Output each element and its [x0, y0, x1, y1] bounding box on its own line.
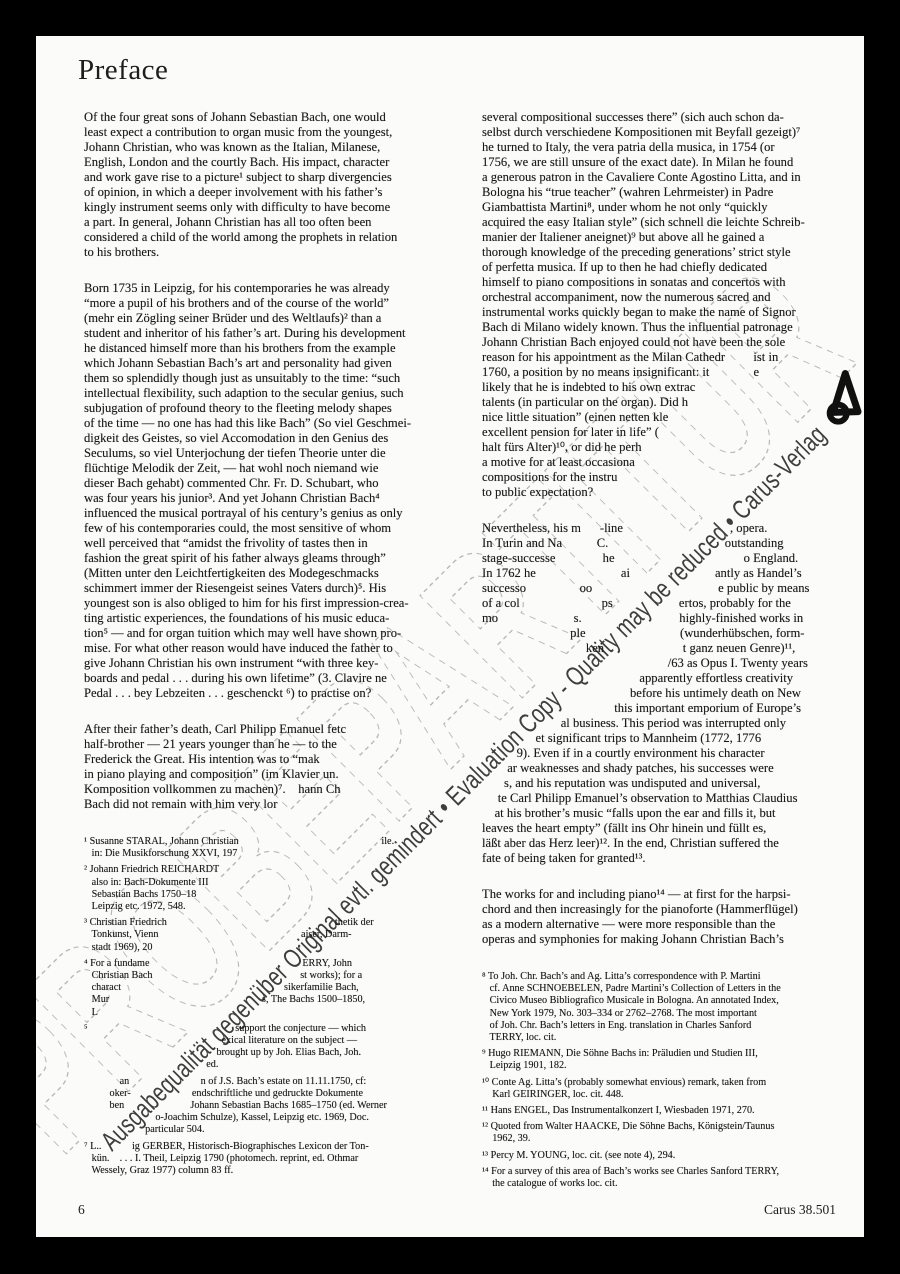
- text-line: to his brothers.: [84, 245, 464, 260]
- text-line: reason for his appointment as the Milan …: [482, 350, 860, 365]
- text-line: Bach did not remain with him very lor: [84, 797, 464, 812]
- text-line: Wessely, Graz 1977) column 83 ff.: [84, 1165, 464, 1177]
- text-line: a generous patron in the Cavaliere Conte…: [482, 170, 860, 185]
- text-line: (mehr ein Zögling seiner Brüder und des …: [84, 311, 464, 326]
- page-title: Preface: [78, 54, 168, 87]
- text-line: halt fürs Alter)¹⁰, or did he perh: [482, 440, 860, 455]
- text-line: Of the four great sons of Johann Sebasti…: [84, 110, 464, 125]
- text-line: likely that he is indebted to his own ex…: [482, 380, 860, 395]
- text-line: of Joh. Chr. Bach’s letters in Eng. tran…: [482, 1020, 860, 1032]
- paragraph: After their father’s death, Carl Philipp…: [84, 722, 464, 812]
- text-line: oker- endschriftliche und gedruckte Doku…: [84, 1088, 464, 1100]
- text-line: Bologna his “true teacher” (wahren Lehrm…: [482, 185, 860, 200]
- text-line: charact sikerfamilie Bach,: [84, 982, 464, 994]
- text-line: he turned to Italy, the vera patria dell…: [482, 140, 860, 155]
- text-line: well perceived that “amidst the frivolit…: [84, 536, 464, 551]
- text-line: ¹² Quoted from Walter HAACKE, Die Söhne …: [482, 1121, 860, 1133]
- footnote-6: an n of J.S. Bach’s estate on 11.11.1750…: [84, 1076, 464, 1137]
- text-line: te Carl Philipp Emanuel’s observation to…: [482, 791, 860, 806]
- text-line: successo oo e public by means: [482, 581, 860, 596]
- text-line: kün. . . . I. Theil, Leipzig 1790 (photo…: [84, 1153, 464, 1165]
- text-line: /63 as Opus I. Twenty years: [482, 656, 860, 671]
- text-line: youngest son is also obliged to him for …: [84, 596, 464, 611]
- text-line: 1962, 39.: [482, 1133, 860, 1145]
- text-line: Pedal . . . bey Lebzeiten . . . geschenc…: [84, 686, 464, 701]
- text-line: flüchtige Melodik der Zeit, — hat wohl n…: [84, 461, 464, 476]
- text-line: ting artistic experiences, the foundatio…: [84, 611, 464, 626]
- text-line: which Johann Sebastian Bach’s art and pe…: [84, 356, 464, 371]
- text-line: After their father’s death, Carl Philipp…: [84, 722, 464, 737]
- footnote-10: ¹⁰ Conte Ag. Litta’s (probably somewhat …: [482, 1077, 860, 1101]
- footnote-8: ⁸ To Joh. Chr. Bach’s and Ag. Litta’s co…: [482, 971, 860, 1044]
- footnote-12: ¹² Quoted from Walter HAACKE, Die Söhne …: [482, 1121, 860, 1145]
- text-line: ¹⁴ For a survey of this area of Bach’s w…: [482, 1166, 860, 1178]
- text-line: excellent pension for later in life” (: [482, 425, 860, 440]
- text-line: ¹¹ Hans ENGEL, Das Instrumentalkonzert I…: [482, 1105, 860, 1117]
- text-line: exical literature on the subject —: [84, 1035, 464, 1047]
- text-line: of a col ps ertos, probably for the: [482, 596, 860, 611]
- text-line: subjugation of profound theory to the fl…: [84, 401, 464, 416]
- text-line: New York 1979, No. 303–334 or 2762–2768.…: [482, 1008, 860, 1020]
- text-line: (Mitten unter den Leichtfertigkeiten des…: [84, 566, 464, 581]
- text-line: Civico Museo Bibliografico Musicale in B…: [482, 995, 860, 1007]
- text-line: Komposition vollkommen zu machen)⁷. hann…: [84, 782, 464, 797]
- text-line: a part. In general, Johann Christian has…: [84, 215, 464, 230]
- footnote-2: ² Johann Friedrich REICHARDT also in: Ba…: [84, 864, 464, 913]
- text-line: ¹⁰ Conte Ag. Litta’s (probably somewhat …: [482, 1077, 860, 1089]
- text-line: student and inheritor of his father’s ar…: [84, 326, 464, 341]
- text-line: al business. This period was interrupted…: [482, 716, 860, 731]
- text-line: s, and his reputation was undisputed and…: [482, 776, 860, 791]
- text-line: compositions for the instru: [482, 470, 860, 485]
- text-line: ed.: [84, 1059, 464, 1071]
- text-line: stage-successe he o England.: [482, 551, 860, 566]
- text-line: Sebastian Bachs 1750–18: [84, 889, 464, 901]
- text-line: Bach di Milano widely known. Thus the in…: [482, 320, 860, 335]
- text-line: Christian Bach st works); for a: [84, 970, 464, 982]
- text-line: half-brother — 21 years younger than he …: [84, 737, 464, 752]
- text-line: ⁴ For a fundame ERRY, John: [84, 958, 464, 970]
- text-line: talents (in particular on the organ). Di…: [482, 395, 860, 410]
- text-line: ⁵ support the conjecture — which: [84, 1023, 464, 1035]
- footnote-14: ¹⁴ For a survey of this area of Bach’s w…: [482, 1166, 860, 1190]
- text-line: acquired the easy Italian style” (sich s…: [482, 215, 860, 230]
- text-line: give Johann Christian his own instrument…: [84, 656, 464, 671]
- text-line: Karl GEIRINGER, loc. cit. 448.: [482, 1089, 860, 1101]
- page-number: 6: [78, 1202, 85, 1218]
- text-line: The works for and including piano¹⁴ — at…: [482, 887, 860, 902]
- text-line: leaves the heart empty” (fällt ins Ohr h…: [482, 821, 860, 836]
- text-line: 9). Even if in a courtly environment his…: [482, 746, 860, 761]
- catalog-number: Carus 38.501: [764, 1202, 836, 1218]
- footnote-4: ⁴ For a fundame ERRY, John Christian Bac…: [84, 958, 464, 1019]
- paragraph: The works for and including piano¹⁴ — at…: [482, 887, 860, 947]
- text-line: mo s. highly-finished works in: [482, 611, 860, 626]
- text-line: apparently effortless creativity: [482, 671, 860, 686]
- text-line: a motive for at least occasiona: [482, 455, 860, 470]
- paragraph: Of the four great sons of Johann Sebasti…: [84, 110, 464, 260]
- text-line: stadt 1969), 20: [84, 942, 464, 954]
- text-line: brought up by Joh. Elias Bach, Joh.: [84, 1047, 464, 1059]
- text-line: Tonkunst, Vienn aiser, Darm-: [84, 929, 464, 941]
- text-line: Mur s, The Bachs 1500–1850,: [84, 994, 464, 1006]
- text-line: of the time — no one has had this like B…: [84, 416, 464, 431]
- text-line: 1760, a position by no means insignifica…: [482, 365, 860, 380]
- footnote-13: ¹³ Percy M. YOUNG, loc. cit. (see note 4…: [482, 1150, 860, 1162]
- text-line: Leipzig 1901, 182.: [482, 1060, 860, 1072]
- left-footnotes: ¹ Susanne STARAL, Johann Christian ile. …: [84, 836, 464, 1177]
- text-line: he distanced himself more than his broth…: [84, 341, 464, 356]
- text-line: tion⁵ — and for organ tuition which may …: [84, 626, 464, 641]
- text-line: Seculums, so viel Unterjochung der tiefe…: [84, 446, 464, 461]
- text-line: of perfetta musica. If up to then he had…: [482, 260, 860, 275]
- text-line: o-Joachim Schulze), Kassel, Leipzig etc.…: [84, 1112, 464, 1124]
- text-line: before his untimely death on New: [482, 686, 860, 701]
- text-line: Leipzig etc. 1972, 548.: [84, 901, 464, 913]
- text-line: In Turin and Na C. outstanding: [482, 536, 860, 551]
- text-line: particular 504.: [84, 1124, 464, 1136]
- text-line: least expect a contribution to organ mus…: [84, 125, 464, 140]
- text-line: ben Johann Sebastian Bachs 1685–1750 (ed…: [84, 1100, 464, 1112]
- text-line: this important emporium of Europe’s: [482, 701, 860, 716]
- text-line: “more a pupil of his brothers and of the…: [84, 296, 464, 311]
- text-line: Frederick the Great. His intention was t…: [84, 752, 464, 767]
- text-line: ken t ganz neuen Genre)¹¹,: [482, 641, 860, 656]
- text-line: considered a child of the world among th…: [84, 230, 464, 245]
- text-line: chord and then increasingly for the pian…: [482, 902, 860, 917]
- text-line: as a modern alternative — were more resp…: [482, 917, 860, 932]
- text-line: influenced the musical portrayal of his …: [84, 506, 464, 521]
- text-line: cf. Anne SCHNOEBELEN, Padre Martini’s Co…: [482, 983, 860, 995]
- text-line: also in: Bach-Dokumente III: [84, 877, 464, 889]
- text-line: ¹ Susanne STARAL, Johann Christian ile.: [84, 836, 464, 848]
- text-line: mise. For what other reason would have i…: [84, 641, 464, 656]
- right-footnotes: ⁸ To Joh. Chr. Bach’s and Ag. Litta’s co…: [482, 971, 860, 1190]
- text-line: TERRY, loc. cit.: [482, 1032, 860, 1044]
- text-line: at his brother’s music “falls upon the e…: [482, 806, 860, 821]
- paragraph: Born 1735 in Leipzig, for his contempora…: [84, 281, 464, 701]
- text-line: läßt aber das Herz leer)¹². In the end, …: [482, 836, 860, 851]
- text-line: digkeit des Geistes, so viel Accomodatio…: [84, 431, 464, 446]
- text-line: ⁷ L.. ig GERBER, Historisch-Biographisch…: [84, 1141, 464, 1153]
- text-line: in piano playing and composition” (im Kl…: [84, 767, 464, 782]
- text-line: an n of J.S. Bach’s estate on 11.11.1750…: [84, 1076, 464, 1088]
- text-line: In 1762 he ai antly as Handel’s: [482, 566, 860, 581]
- text-line: Born 1735 in Leipzig, for his contempora…: [84, 281, 464, 296]
- paragraph: Nevertheless, his m -line , opera.In Tur…: [482, 521, 860, 866]
- text-line: manier der Italiener aneignet)⁹ but abov…: [482, 230, 860, 245]
- text-line: et significant trips to Mannheim (1772, …: [482, 731, 860, 746]
- text-line: L: [84, 1007, 464, 1019]
- text-line: kingly instrument seems only with diffic…: [84, 200, 464, 215]
- scanned-document-canvas: PROBEPARTITUR Ausgabequalität gegenüber …: [0, 0, 900, 1274]
- text-line: boards and pedal . . . during his own li…: [84, 671, 464, 686]
- footnote-3: ³ Christian Friedrich thetik der Tonkuns…: [84, 917, 464, 954]
- text-line: and work gave rise to a picture¹ subject…: [84, 170, 464, 185]
- text-line: them so splendidly though just as unsuit…: [84, 371, 464, 386]
- text-line: the catalogue of works loc. cit.: [482, 1178, 860, 1190]
- text-line: instrumental works quickly began to make…: [482, 305, 860, 320]
- text-line: Nevertheless, his m -line , opera.: [482, 521, 860, 536]
- text-line: ³ Christian Friedrich thetik der: [84, 917, 464, 929]
- text-line: nice little situation” (einen netten kle: [482, 410, 860, 425]
- text-line: Johann Christian Bach enjoyed could not …: [482, 335, 860, 350]
- footnote-9: ⁹ Hugo RIEMANN, Die Söhne Bachs in: Präl…: [482, 1048, 860, 1072]
- text-line: in: Die Musikforschung XXVI, 197: [84, 848, 464, 860]
- text-line: Giambattista Martini⁸, under whom he not…: [482, 200, 860, 215]
- text-line: dieser Bach gehabt) commented Chr. Fr. D…: [84, 476, 464, 491]
- right-column: several compositional successes there” (…: [482, 110, 860, 1194]
- text-line: selbst durch verschiedene Kompositionen …: [482, 125, 860, 140]
- text-line: to public expectation?: [482, 485, 860, 500]
- page: PROBEPARTITUR Ausgabequalität gegenüber …: [36, 36, 864, 1237]
- text-line: orchestral accompaniment, now the numero…: [482, 290, 860, 305]
- left-column: Of the four great sons of Johann Sebasti…: [84, 110, 464, 1181]
- text-line: ⁸ To Joh. Chr. Bach’s and Ag. Litta’s co…: [482, 971, 860, 983]
- text-line: intellectual flexibility, such adaption …: [84, 386, 464, 401]
- text-line: fashion the great spirit of his father a…: [84, 551, 464, 566]
- text-line: ² Johann Friedrich REICHARDT: [84, 864, 464, 876]
- footnote-11: ¹¹ Hans ENGEL, Das Instrumentalkonzert I…: [482, 1105, 860, 1117]
- text-line: ⁹ Hugo RIEMANN, Die Söhne Bachs in: Präl…: [482, 1048, 860, 1060]
- footnote-7: ⁷ L.. ig GERBER, Historisch-Biographisch…: [84, 1141, 464, 1178]
- text-line: fate of being taken for granted¹³.: [482, 851, 860, 866]
- text-line: few of his contemporaries could, the mos…: [84, 521, 464, 536]
- text-line: was four years his junior³. And yet Joha…: [84, 491, 464, 506]
- text-line: operas and symphonies for making Johann …: [482, 932, 860, 947]
- footnote-5: ⁵ support the conjecture — which exical …: [84, 1023, 464, 1072]
- text-line: ¹³ Percy M. YOUNG, loc. cit. (see note 4…: [482, 1150, 860, 1162]
- text-line: schimmert immer der Riesengeist seines V…: [84, 581, 464, 596]
- text-line: 1756, we are still unsure of the exact d…: [482, 155, 860, 170]
- text-line: himself to piano compositions in sonatas…: [482, 275, 860, 290]
- text-line: of opinion, in which a deeper involvemen…: [84, 185, 464, 200]
- text-line: English, London and the courtly Bach. Hi…: [84, 155, 464, 170]
- text-line: ar weaknesses and shady patches, his suc…: [482, 761, 860, 776]
- footnote-1: ¹ Susanne STARAL, Johann Christian ile. …: [84, 836, 464, 860]
- text-line: Johann Christian, who was known as the I…: [84, 140, 464, 155]
- text-line: thorough knowledge of the preceding gene…: [482, 245, 860, 260]
- text-line: several compositional successes there” (…: [482, 110, 860, 125]
- text-line: ple (wunderhübschen, form-: [482, 626, 860, 641]
- paragraph: several compositional successes there” (…: [482, 110, 860, 500]
